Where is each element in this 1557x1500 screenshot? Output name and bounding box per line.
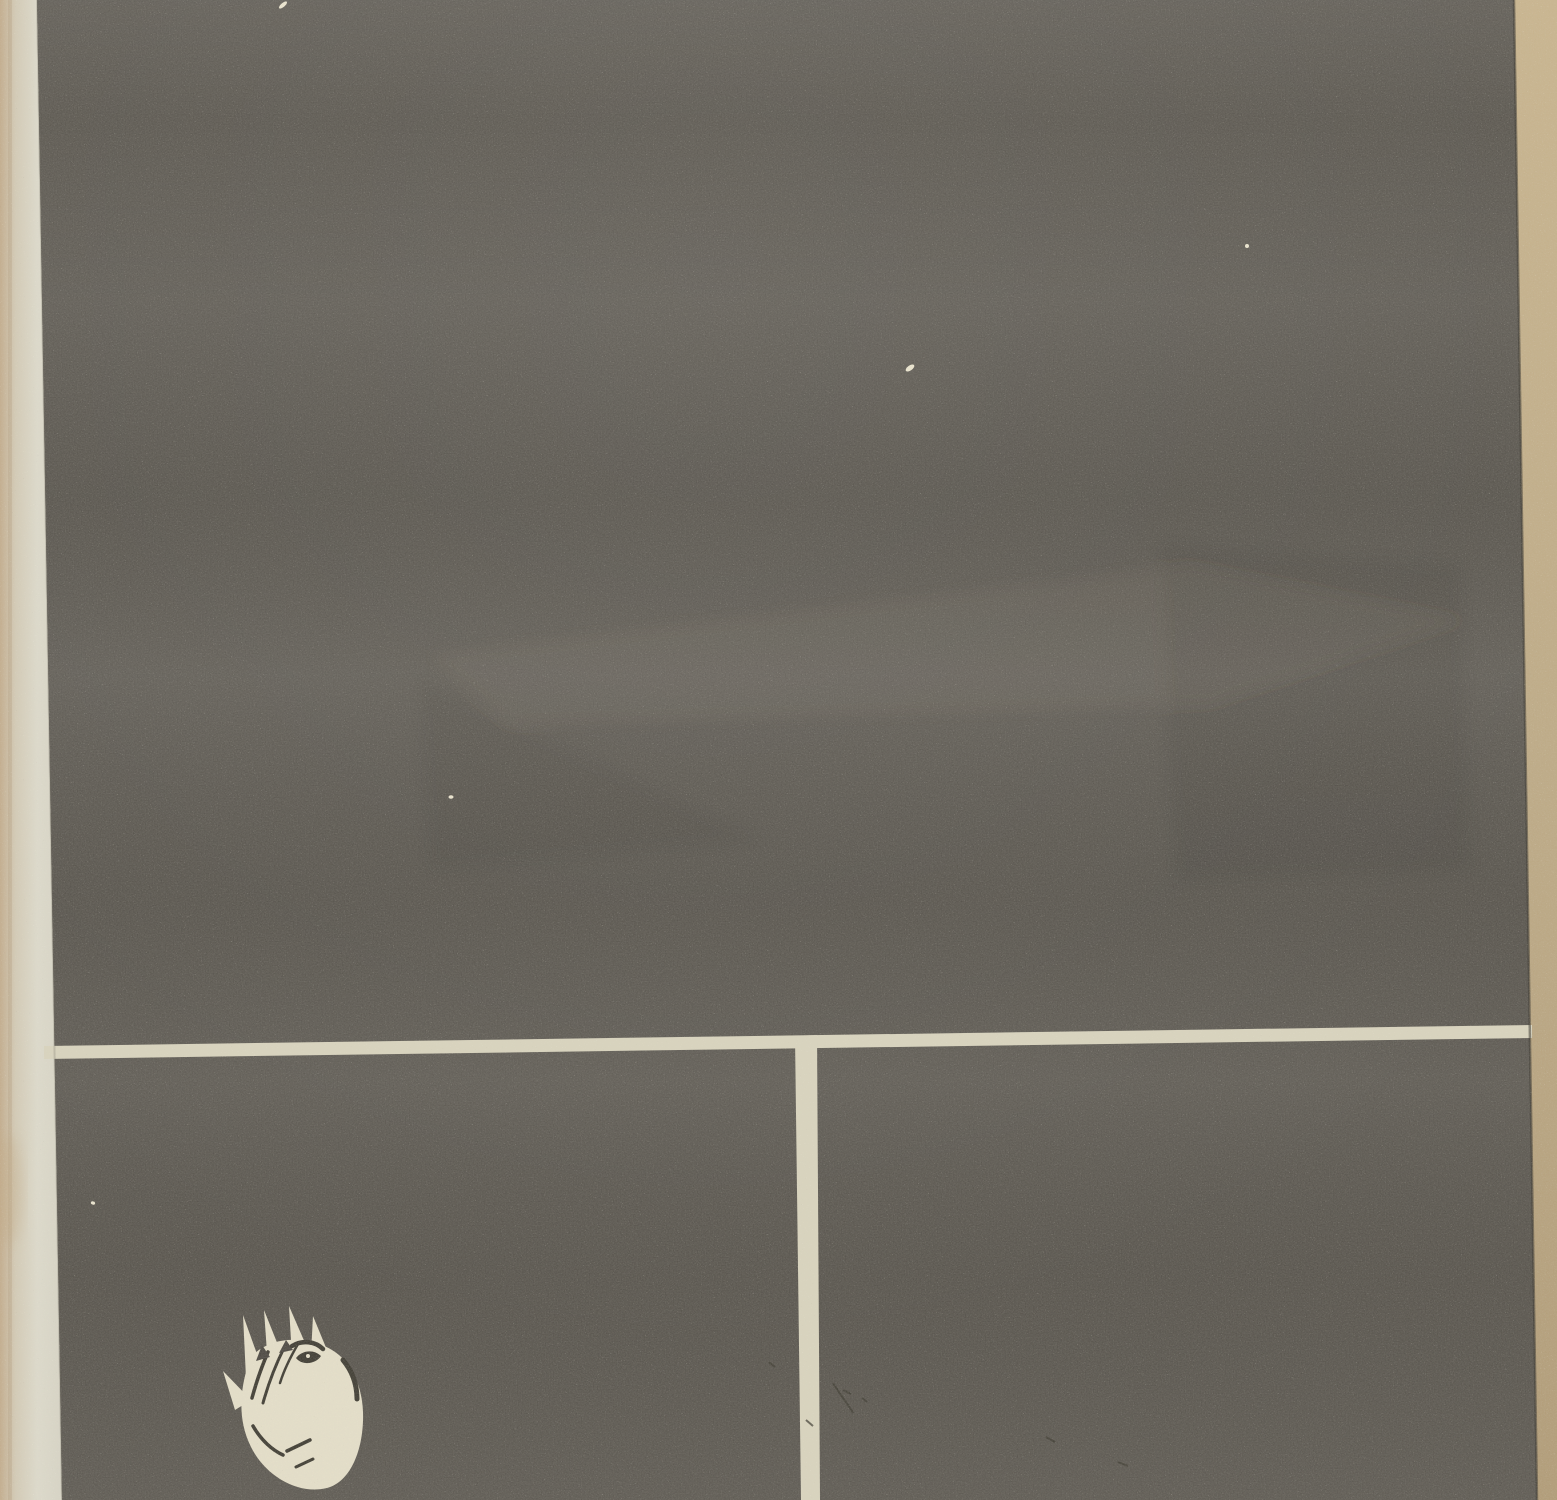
page-root [0, 0, 1557, 1500]
grain-overlay [0, 0, 1557, 1500]
page-scan [0, 0, 1557, 1500]
